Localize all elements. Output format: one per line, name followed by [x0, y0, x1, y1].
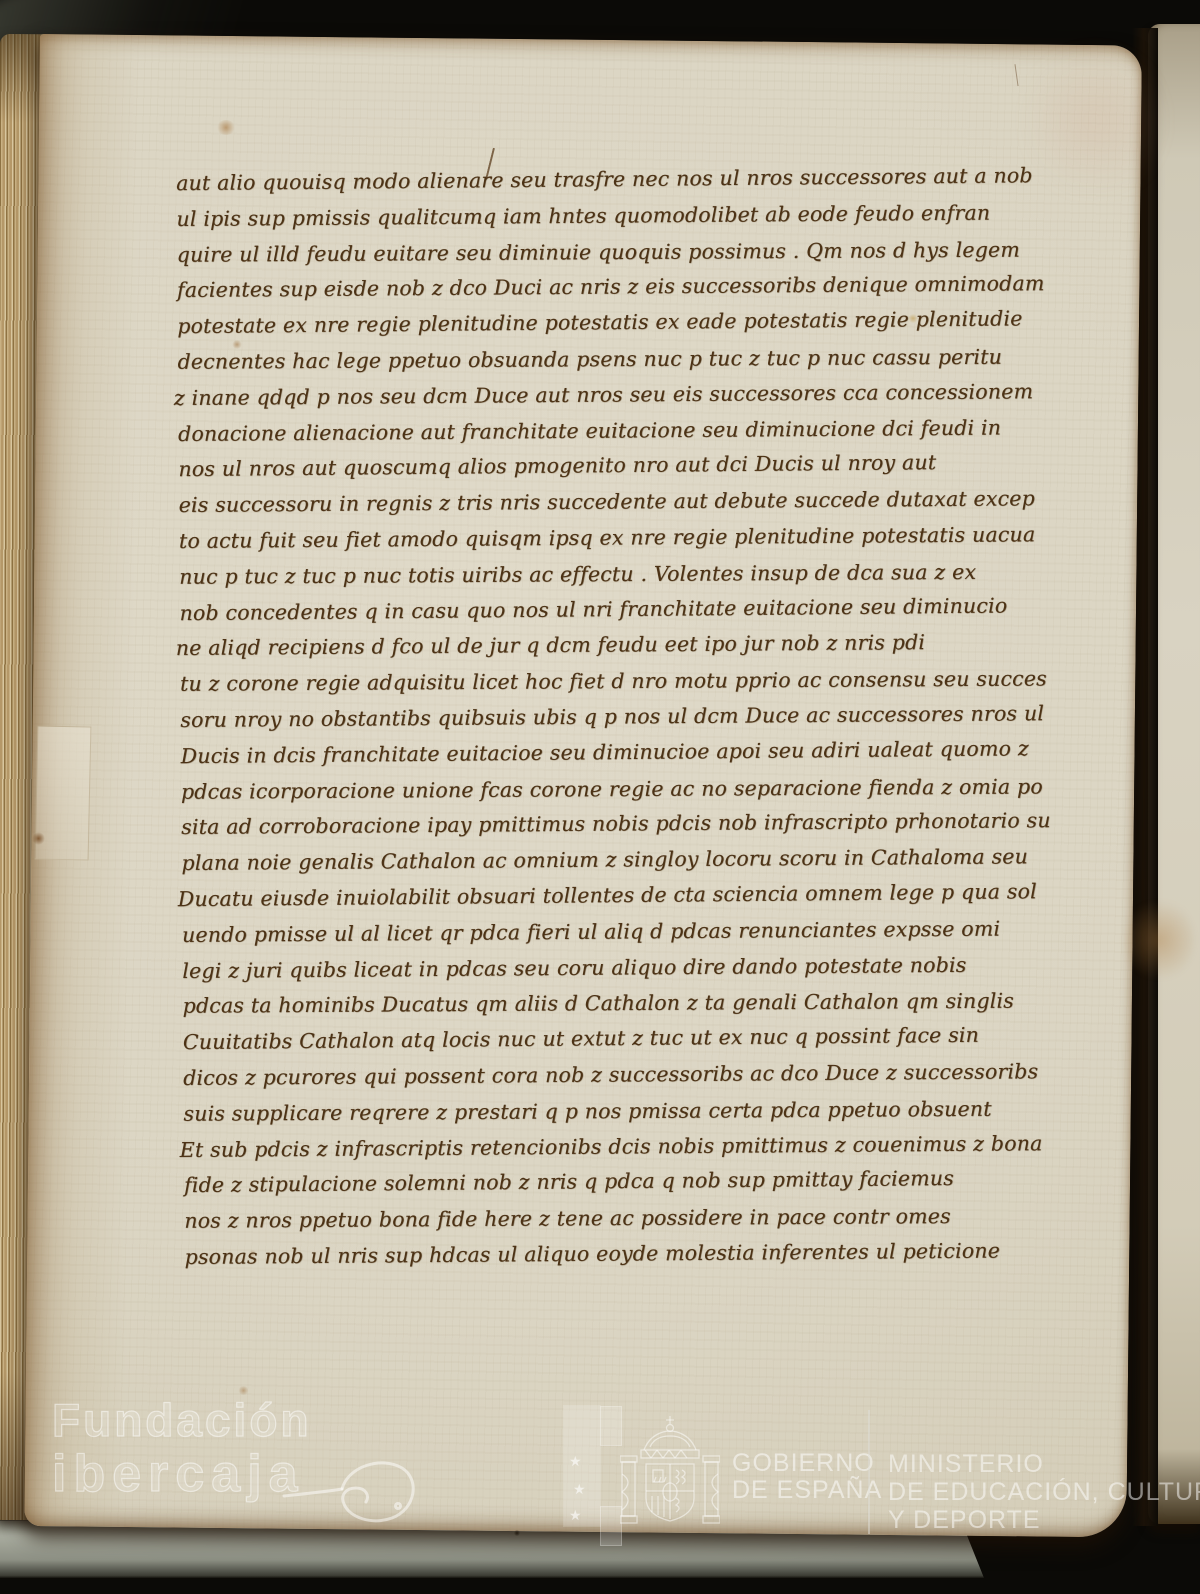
star-icon: ★ [569, 1508, 582, 1522]
watermark-fundacion-ibercaja: Fundación ibercaja [52, 1396, 312, 1500]
logo-bracket-bottom [600, 1506, 622, 1546]
manuscript-line: quire ul illd feudu euitare seu diminuie… [177, 232, 1129, 274]
logo-bracket-top [600, 1406, 622, 1446]
gobierno-line1: GOBIERNO [732, 1450, 882, 1477]
manuscript-line: uendo pmisse ul al licet qr pdca fieri u… [182, 910, 1134, 953]
manuscript-line: fide z stipulacione solemni nob z nris q… [184, 1160, 1136, 1205]
gobierno-espana-label: GOBIERNO DE ESPAÑA [732, 1450, 882, 1504]
manuscript-text: aut alio quouisq modo alienare seu trasf… [176, 159, 1137, 1276]
manuscript-photo: aut alio quouisq modo alienare seu trasf… [0, 0, 1200, 1594]
manuscript-line: to actu fuit seu fiet amodo quisqm ipsq … [179, 516, 1131, 559]
manuscript-line: decnentes hac lege ppetuo obsuanda psens… [177, 339, 1129, 381]
manuscript-line: suis supplicare reqrere z prestari q p n… [183, 1091, 1135, 1133]
manuscript-line: ul ipis sup pmissis qualitcumq iam hntes… [176, 194, 1128, 237]
star-icon: ★ [573, 1482, 586, 1496]
manuscript-line: nos z nros ppetuo bona fide here z tene … [184, 1198, 1136, 1240]
spain-coat-of-arms-icon [620, 1414, 720, 1542]
manuscript-line: dicos z pcurores qui possent cora nob z … [183, 1053, 1135, 1096]
ministerio-line2: DE EDUCACIÓN, CULTURA [888, 1478, 1200, 1506]
speck [514, 1530, 520, 1536]
logo-divider [868, 1410, 870, 1534]
ibercaja-watermark-line1: Fundación [52, 1396, 312, 1444]
star-icon: ★ [569, 1454, 582, 1468]
ministerio-label: MINISTERIO DE EDUCACIÓN, CULTURA Y DEPOR… [888, 1450, 1200, 1534]
ministerio-line3: Y DEPORTE [888, 1506, 1200, 1534]
manuscript-line: pdcas icorporacione unione fcas corone r… [181, 768, 1133, 810]
manuscript-line: psonas nob ul nris sup hdcas ul aliquo e… [184, 1232, 1136, 1275]
gobierno-line2: DE ESPAÑA [732, 1477, 882, 1504]
edge-stain [1124, 898, 1194, 982]
foxing-spot [216, 120, 236, 135]
ibercaja-swoosh-icon [282, 1454, 422, 1534]
manuscript-line: potestate ex nre regie plenitudine potes… [177, 301, 1129, 346]
watermark-gobierno-espana: ★ ★ ★ [560, 1398, 1200, 1558]
ink-spot [32, 832, 45, 845]
ministerio-line1: MINISTERIO [888, 1450, 1200, 1478]
manuscript-line: tu z corone regie adquisitu licet hoc fi… [180, 661, 1132, 703]
ibercaja-watermark-line2: ibercaja [52, 1448, 312, 1500]
